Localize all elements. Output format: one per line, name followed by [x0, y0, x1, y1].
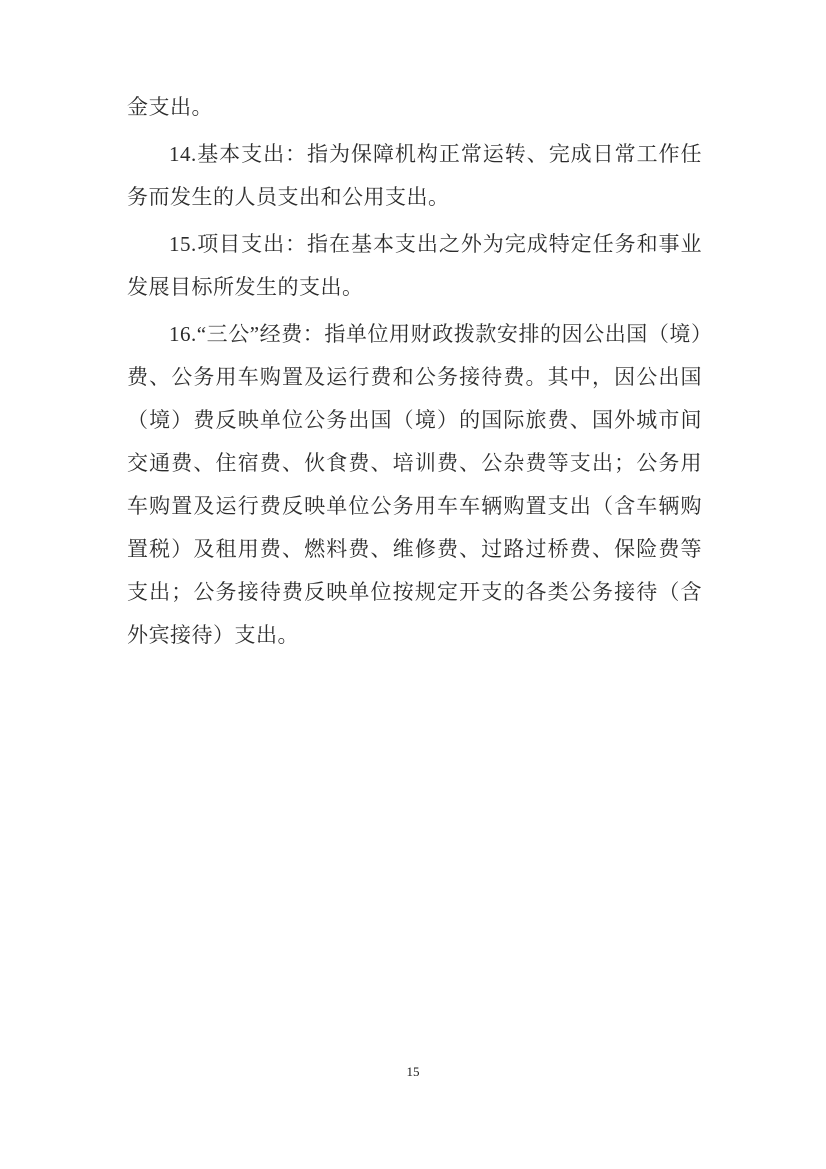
page-footer: 15: [0, 1063, 826, 1081]
document-body: 金支出。 14.基本支出：指为保障机构正常运转、完成日常工作任务而发生的人员支出…: [127, 86, 702, 661]
paragraph-item-15-project-expenditure: 15.项目支出：指在基本支出之外为完成特定任务和事业发展目标所发生的支出。: [127, 223, 702, 309]
paragraph-item-16-three-public-funds: 16.“三公”经费：指单位用财政拨款安排的因公出国（境）费、公务用车购置及运行费…: [127, 313, 702, 657]
document-page: 金支出。 14.基本支出：指为保障机构正常运转、完成日常工作任务而发生的人员支出…: [0, 0, 826, 1169]
paragraph-continuation: 金支出。: [127, 86, 702, 129]
page-number: 15: [407, 1064, 420, 1079]
paragraph-item-14-basic-expenditure: 14.基本支出：指为保障机构正常运转、完成日常工作任务而发生的人员支出和公用支出…: [127, 133, 702, 219]
